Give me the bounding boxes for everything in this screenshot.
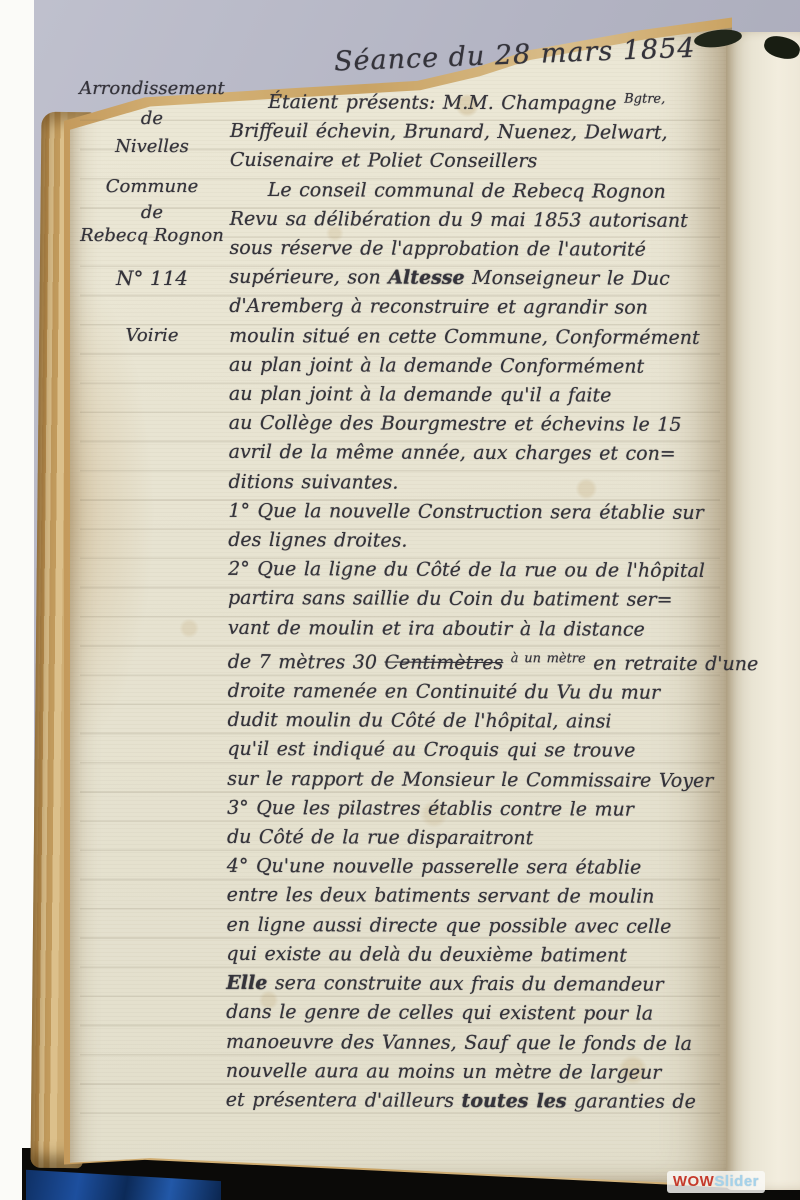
margin-note: de xyxy=(76,106,228,132)
manuscript-line: sur le rapport de Monsieur le Commissair… xyxy=(227,765,747,796)
manuscript-line: entre les deux batiments servant de moul… xyxy=(227,881,747,912)
manuscript-line: au plan joint à la demande qu'il a faite xyxy=(229,380,749,411)
manuscript-line: du Côté de la rue disparaitront xyxy=(227,823,747,854)
manuscript-line: qui existe au delà du deuxième batiment xyxy=(226,940,746,971)
manuscript-line: supérieure, son Altesse Monseigneur le D… xyxy=(229,263,749,294)
manuscript-line: 3° Que les pilastres établis contre le m… xyxy=(227,794,747,825)
manuscript-line: au plan joint à la demande Conformément xyxy=(229,351,749,382)
manuscript-line: et présentera d'ailleurs toutes les gara… xyxy=(226,1086,746,1117)
manuscript-line: 4° Qu'une nouvelle passerelle sera établ… xyxy=(227,852,747,883)
photo-left-border xyxy=(0,0,34,1200)
manuscript-line: 2° Que la ligne du Côté de la rue ou de … xyxy=(228,555,748,586)
manuscript-line: droite ramenée en Continuité du Vu du mu… xyxy=(228,677,748,708)
manuscript-line: dans le genre de celles qui existent pou… xyxy=(226,998,746,1029)
manuscript-line: moulin situé en cette Commune, Conformém… xyxy=(229,321,749,352)
manuscript-line: manoeuvre des Vannes, Sauf que le fonds … xyxy=(226,1027,746,1058)
manuscript-line: de 7 mètres 30 Centimètres à un mètre en… xyxy=(228,643,748,679)
margin-note: Voirie xyxy=(76,323,228,349)
manuscript-line: partira sans saillie du Coin du batiment… xyxy=(228,584,748,615)
manuscript-line: avril de la même année, aux charges et c… xyxy=(229,438,749,469)
wowslider-watermark[interactable]: WOWSlider xyxy=(667,1171,765,1193)
manuscript-line: Briffeuil échevin, Brunard, Nuenez, Delw… xyxy=(230,117,750,148)
manuscript-line: vant de moulin et ira aboutir à la dista… xyxy=(228,614,748,645)
manuscript-line: au Collège des Bourgmestre et échevins l… xyxy=(229,409,749,440)
margin-annotations: Arrondissement de Nivelles Commune de Re… xyxy=(76,76,228,349)
manuscript-line: Étaient présents: M.M. Champagne Bgtre, xyxy=(230,83,750,119)
manuscript-line: nouvelle aura au moins un mètre de large… xyxy=(226,1057,746,1088)
margin-note: N° 114 xyxy=(76,265,228,291)
manuscript-line: dudit moulin du Côté de l'hôpital, ainsi xyxy=(227,706,747,737)
manuscript-line: d'Aremberg à reconstruire et agrandir so… xyxy=(229,292,749,323)
deliberation-text: Étaient présents: M.M. Champagne Bgtre, … xyxy=(226,83,750,1117)
margin-note: Commune xyxy=(76,174,228,200)
manuscript-line: Cuisenaire et Poliet Conseillers xyxy=(230,146,750,177)
manuscript-line: Le conseil communal de Rebecq Rognon xyxy=(230,175,750,206)
photo-of-register-page: Séance du 28 mars 1854 Arrondissement de… xyxy=(0,0,800,1200)
manuscript-line: sous réserve de l'approbation de l'autor… xyxy=(229,234,749,265)
margin-note: Rebecq Rognon xyxy=(76,223,228,249)
margin-note: Nivelles xyxy=(76,134,228,160)
manuscript-line: 1° Que la nouvelle Construction sera éta… xyxy=(228,497,748,528)
watermark-wow-text: WOW xyxy=(673,1173,714,1190)
watermark-slider-text: Slider xyxy=(714,1173,759,1190)
manuscript-line: Elle sera construite aux frais du demand… xyxy=(226,969,746,1000)
manuscript-line: Revu sa délibération du 9 mai 1853 autor… xyxy=(230,205,750,236)
manuscript-line: en ligne aussi directe que possible avec… xyxy=(227,911,747,942)
manuscript-line: des lignes droites. xyxy=(228,526,748,557)
manuscript-line: qu'il est indiqué au Croquis qui se trou… xyxy=(227,735,747,766)
margin-note: Arrondissement xyxy=(76,76,228,102)
manuscript-line: ditions suivantes. xyxy=(228,468,748,499)
